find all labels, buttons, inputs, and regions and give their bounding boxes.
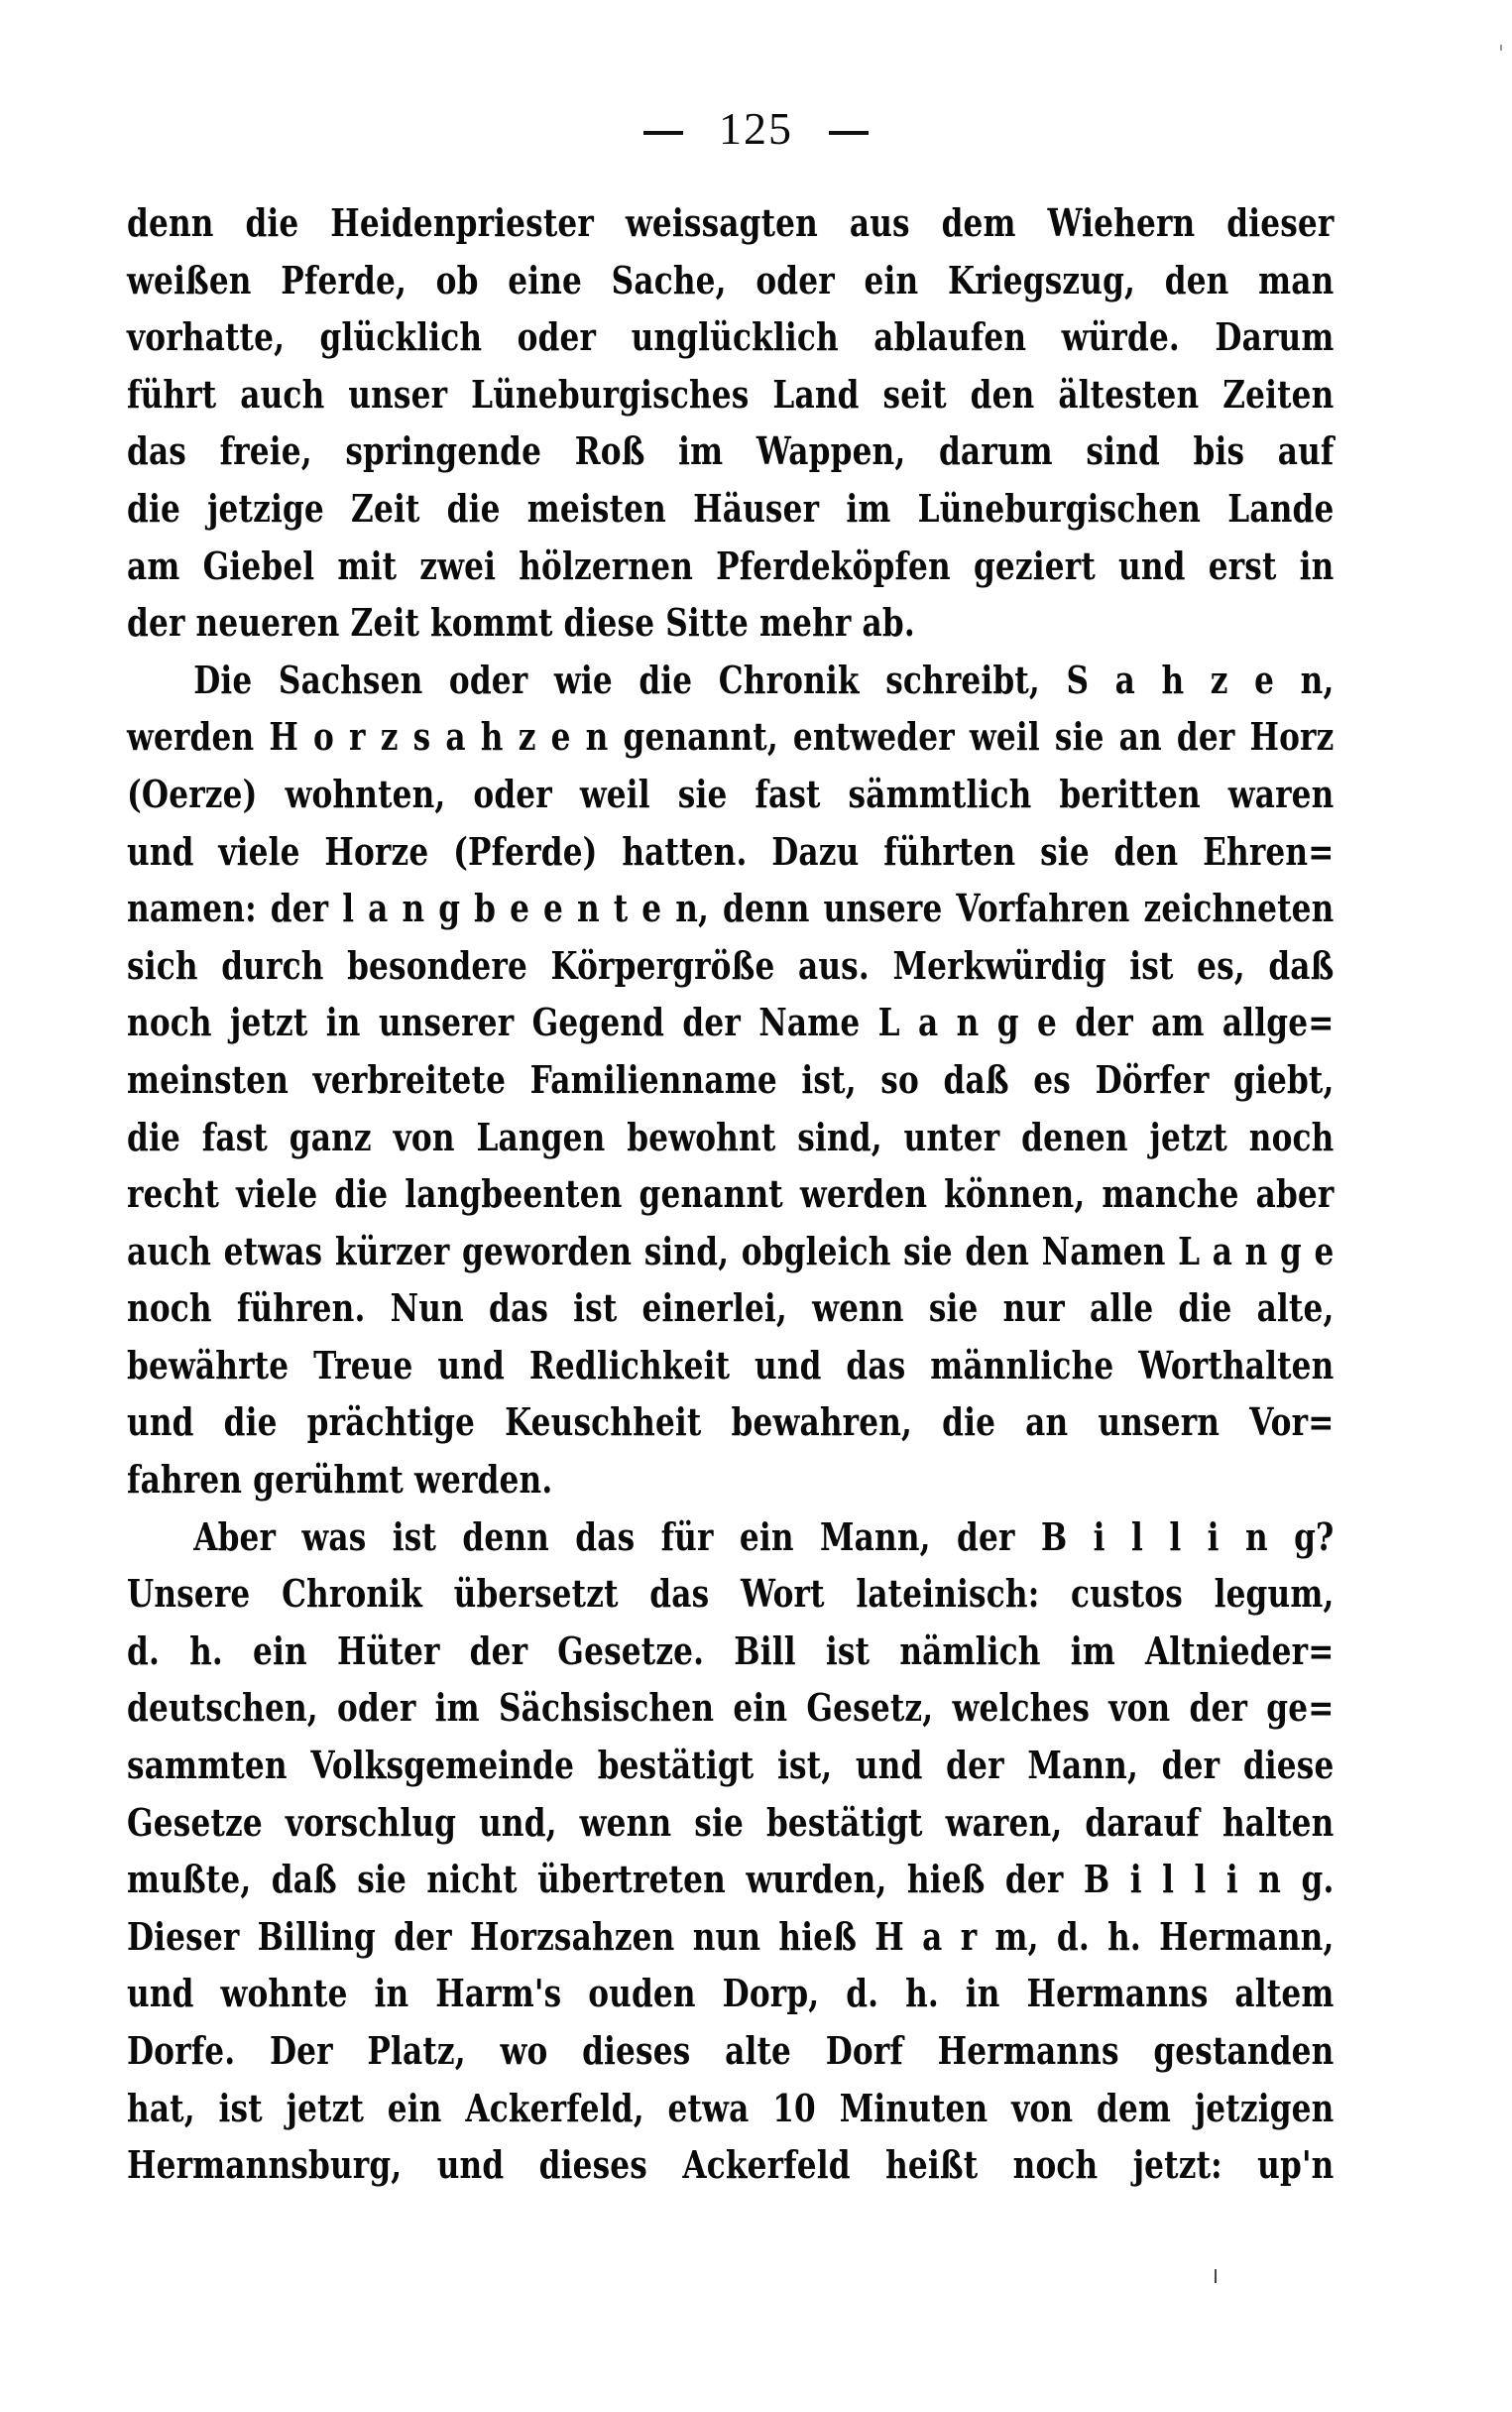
text-line: fahren gerühmt werden. <box>127 1451 1334 1508</box>
text-line: die fast ganz von Langen bewohnt sind, u… <box>127 1109 1334 1166</box>
text-line: meinsten verbreitete Familienname ist, s… <box>127 1051 1334 1109</box>
text-line: d. h. ein Hüter der Gesetze. Bill ist nä… <box>127 1623 1334 1680</box>
text-line: deutschen, oder im Sächsischen ein Geset… <box>127 1679 1334 1737</box>
scan-speck <box>1500 45 1502 51</box>
header-dash-left <box>643 131 683 135</box>
text-line: weißen Pferde, ob eine Sache, oder ein K… <box>127 252 1334 309</box>
text-line: vorhatte, glücklich oder unglücklich abl… <box>127 308 1334 366</box>
body-text: denn die Heidenpriester weissagten aus d… <box>127 194 1335 2194</box>
header-dash-right <box>829 131 869 135</box>
text-line: recht viele die langbeenten genannt werd… <box>127 1165 1334 1223</box>
text-line: der neueren Zeit kommt diese Sitte mehr … <box>127 594 1334 652</box>
paragraph-start-line: Aber was ist denn das für ein Mann, der … <box>127 1508 1334 1566</box>
text-line: und wohnte in Harm's ouden Dorp, d. h. i… <box>127 1965 1334 2022</box>
text-line: namen: der l a n g b e e n t e n, denn u… <box>127 880 1334 937</box>
text-line: Unsere Chronik übersetzt das Wort latein… <box>127 1565 1334 1623</box>
text-line: sich durch besondere Körpergröße aus. Me… <box>127 937 1334 995</box>
text-line: bewährte Treue und Redlichkeit und das m… <box>127 1337 1334 1394</box>
text-line: auch etwas kürzer geworden sind, obgleic… <box>127 1223 1334 1280</box>
text-line: Hermannsburg, und dieses Ackerfeld heißt… <box>127 2136 1334 2194</box>
text-line: die jetzige Zeit die meisten Häuser im L… <box>127 480 1334 538</box>
text-line: Dieser Billing der Horzsahzen nun hieß H… <box>127 1908 1334 1966</box>
text-line: sammten Volksgemeinde bestätigt ist, und… <box>127 1737 1334 1794</box>
paragraph-start-line: Die Sachsen oder wie die Chronik schreib… <box>127 652 1334 709</box>
text-line: hat, ist jetzt ein Ackerfeld, etwa 10 Mi… <box>127 2080 1334 2137</box>
page-number: 125 <box>719 103 793 154</box>
scan-speck <box>1215 2269 1217 2283</box>
text-line: führt auch unser Lüneburgisches Land sei… <box>127 366 1334 423</box>
text-line: am Giebel mit zwei hölzernen Pferdeköpfe… <box>127 538 1334 595</box>
text-line: das freie, springende Roß im Wappen, dar… <box>127 422 1334 480</box>
text-line: Gesetze vorschlug und, wenn sie bestätig… <box>127 1794 1334 1852</box>
text-line: werden H o r z s a h z e n genannt, entw… <box>127 708 1334 766</box>
text-line: (Oerze) wohnten, oder weil sie fast sämm… <box>127 766 1334 823</box>
text-line: Dorfe. Der Platz, wo dieses alte Dorf He… <box>127 2022 1334 2080</box>
text-line: noch führen. Nun das ist einerlei, wenn … <box>127 1279 1334 1337</box>
page-number-header: 125 <box>0 99 1512 159</box>
text-line: und die prächtige Keuschheit bewahren, d… <box>127 1393 1334 1451</box>
text-line: und viele Horze (Pferde) hatten. Dazu fü… <box>127 823 1334 881</box>
text-line: denn die Heidenpriester weissagten aus d… <box>127 194 1334 252</box>
text-line: mußte, daß sie nicht übertreten wurden, … <box>127 1851 1334 1908</box>
text-line: noch jetzt in unserer Gegend der Name L … <box>127 994 1334 1051</box>
